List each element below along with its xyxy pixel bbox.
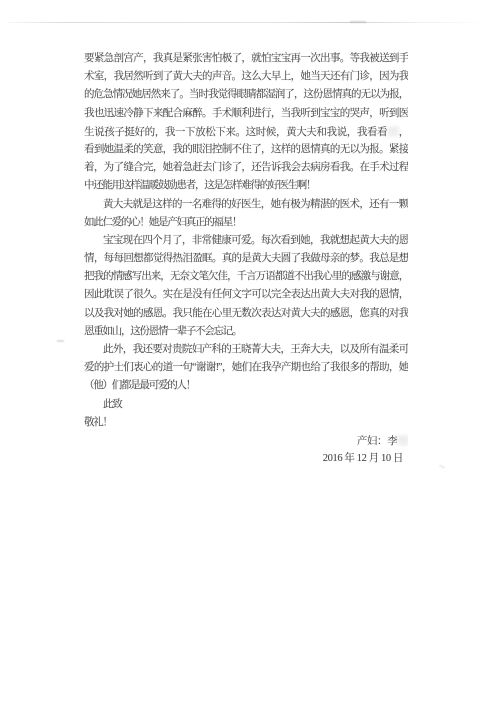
letter-line: 要紧急剖宫产，我真是紧张害怕极了，就怕宝宝再一次出事。等我被送到手 — [84, 50, 408, 68]
redacted-signature-name: ░░ — [397, 432, 408, 449]
scan-artifact-squiggle: ~ — [437, 460, 446, 473]
letter-line: 把我的情感写出来，无奈文笔欠佳，千言万语都道不出我心里的感激与谢意， — [84, 268, 408, 286]
letter-line: 术室，我居然听到了黄大夫的声音。这么大早上，她当天还有门诊，因为我 — [84, 68, 408, 86]
letter-line: 因此耽误了很久。实在是没有任何文字可以完全表达出黄大夫对我的恩情， — [84, 286, 408, 304]
letter-line: 恩重如山，这份恩情一辈子不会忘记。 — [84, 323, 408, 341]
letter-line: 宝宝现在四个月了，非常健康可爱。每次看到她，我就想起黄大夫的恩 — [84, 232, 408, 250]
letter-line: （他）们都是最可爱的人！ — [84, 377, 408, 395]
letter-line: 生说孩子挺好的，我一下放松下来。这时候，黄大夫和我说，我看看░░， — [84, 123, 408, 141]
date-line: 2016 年 12 月 10 日 — [84, 450, 408, 468]
letter-line-text: ， — [398, 127, 408, 138]
signature-line: 产妇：李░░ — [84, 432, 408, 450]
letter-line-text: 生说孩子挺好的，我一下放松下来。这时候，黄大夫和我说，我看看 — [84, 127, 387, 138]
letter-body: 要紧急剖宫产，我真是紧张害怕极了，就怕宝宝再一次出事。等我被送到手 术室，我居然… — [84, 50, 408, 468]
scan-artifact-line — [8, 22, 478, 23]
salutation-line: 敬礼！ — [84, 414, 408, 432]
closing-line: 此致 — [84, 396, 408, 414]
letter-line: 我也迅速冷静下来配合麻醉。手术顺利进行，当我听到宝宝的哭声，听到医 — [84, 105, 408, 123]
letter-line: 着，为了缝合完，她着急赶去门诊了，还告诉我会去病房看我。在手术过程 — [84, 159, 408, 177]
letter-line: 如此仁爱的心！她是产妇真正的福星！ — [84, 214, 408, 232]
letter-line: 情，每每回想都觉得热泪盈眶。真的是黄大夫圆了我做母亲的梦。我总是想 — [84, 250, 408, 268]
letter-line: 爱的护士们衷心的道一句“谢谢!”，她们在我孕产期也给了我很多的帮助，她 — [84, 359, 408, 377]
letter-line: 此外，我还要对贵院妇产科的王晓菁大夫，王奔大夫，以及所有温柔可 — [84, 341, 408, 359]
scanned-letter-page: ~ 要紧急剖宫产，我真是紧张害怕极了，就怕宝宝再一次出事。等我被送到手 术室，我… — [0, 0, 500, 707]
redacted-baby-name: ░░ — [387, 123, 398, 140]
letter-line: 中还能用这样温暖鼓励患者，这是怎样难得的好医生啊！ — [84, 177, 408, 195]
letter-line: 看到她温柔的笑意，我的眼泪控制不住了，这样的恩情真的无以为报。紧接 — [84, 141, 408, 159]
scan-artifact-dash — [57, 340, 64, 342]
letter-line: 的危急情况她居然来了。当时我觉得眼睛都湿润了，这份恩情真的无以为报， — [84, 86, 408, 104]
letter-line: 黄大夫就是这样的一名难得的好医生，她有极为精湛的医术，还有一颗 — [84, 196, 408, 214]
letter-line: 以及我对她的感恩。我只能在心里无数次表达对黄大夫的感恩，您真的对我 — [84, 305, 408, 323]
scan-artifact-tick — [350, 21, 366, 23]
signature-label: 产妇：李 — [357, 436, 397, 447]
